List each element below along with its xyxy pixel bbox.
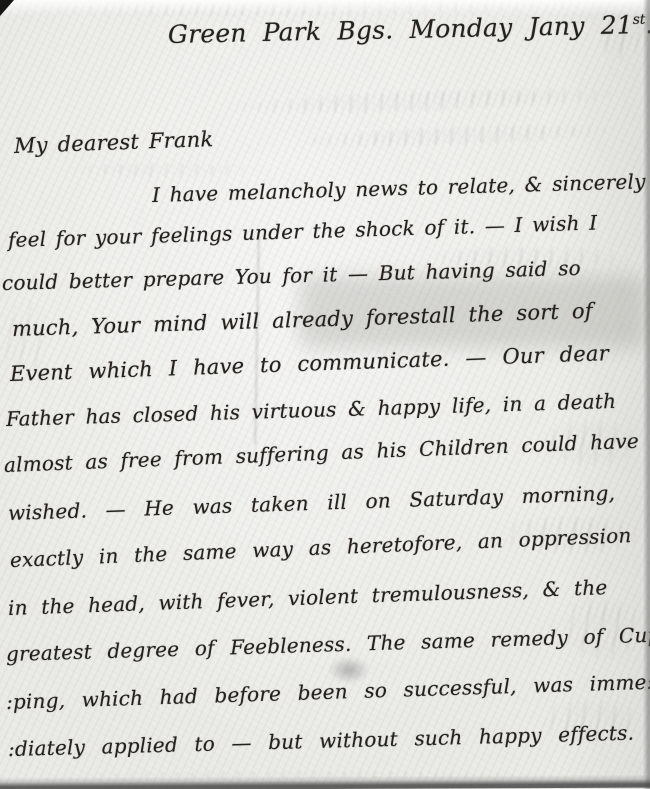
letter-dateline: Green Park Bgs. Monday Jany 21st. — bbox=[168, 9, 650, 49]
letter-line: Father has closed his virtuous & happy l… bbox=[6, 389, 617, 431]
scan-edge-bottom bbox=[0, 775, 650, 789]
dateline-superscript: st bbox=[633, 12, 646, 28]
letter-line: almost as free from suffering as his Chi… bbox=[4, 429, 640, 477]
letter-line: wished. — He was taken ill on Saturday m… bbox=[8, 481, 616, 525]
letter-line: greatest degree of Feebleness. The same … bbox=[6, 622, 650, 666]
bleedthrough-mark bbox=[230, 83, 621, 119]
bleedthrough-mark bbox=[300, 121, 611, 152]
letter-line: I have melancholy news to relate, & sinc… bbox=[152, 169, 646, 207]
bleedthrough-mark bbox=[40, 770, 560, 780]
bleedthrough-mark bbox=[60, 162, 260, 178]
letter-line: could better prepare You for it — But ha… bbox=[2, 256, 581, 295]
letter-page: Green Park Bgs. Monday Jany 21st. — My d… bbox=[0, 0, 650, 789]
letter-salutation: My dearest Frank bbox=[14, 127, 214, 158]
letter-line: Event which I have to communicate. — Our… bbox=[10, 341, 610, 386]
letter-line: :ping, which had before been so successf… bbox=[6, 670, 650, 714]
letter-line: much, Your mind will already forestall t… bbox=[12, 299, 594, 341]
corner-mark bbox=[0, 0, 14, 16]
letter-line: feel for your feelings under the shock o… bbox=[8, 211, 598, 252]
letter-line: in the head, with fever, violent tremulo… bbox=[8, 575, 608, 620]
letter-line: :diately applied to — but without such h… bbox=[8, 721, 635, 761]
dateline-suffix: . — bbox=[645, 9, 650, 39]
letter-line: exactly in the same way as heretofore, a… bbox=[10, 523, 632, 572]
dateline-text: Green Park Bgs. Monday Jany 21 bbox=[168, 10, 633, 49]
